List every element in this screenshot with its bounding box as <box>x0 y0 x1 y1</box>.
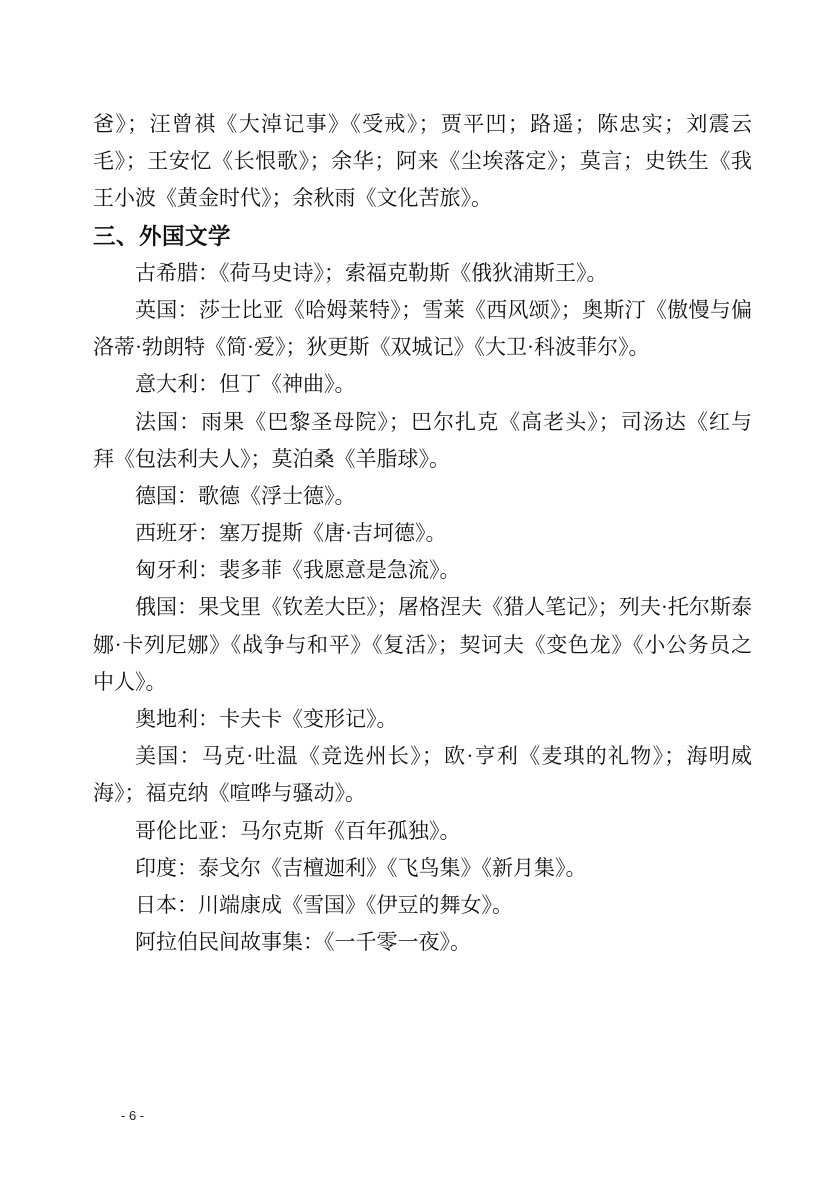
text-line: 拜《包法利夫人》；莫泊桑《羊脂球》。 <box>93 441 752 478</box>
text-line: 意大利：但丁《神曲》。 <box>93 366 752 403</box>
document-body: 爸》；汪曾祺《大淖记事》《受戒》；贾平凹；路遥；陈忠实；刘震云《一地鸡毛》；王安… <box>93 106 752 961</box>
page-number: - 6 - <box>121 1108 144 1123</box>
text-line: 娜·卡列尼娜》《战争与和平》《复活》；契诃夫《变色龙》《小公务员之死》《套 <box>93 627 752 664</box>
text-line: 王小波《黄金时代》；余秋雨《文化苦旅》。 <box>93 180 752 217</box>
text-line: 奥地利：卡夫卡《变形记》。 <box>93 701 752 738</box>
text-line: 匈牙利：裴多菲《我愿意是急流》。 <box>93 552 752 589</box>
text-line: 古希腊：《荷马史诗》；索福克勒斯《俄狄浦斯王》。 <box>93 255 752 292</box>
text-line: 法国：雨果《巴黎圣母院》；巴尔扎克《高老头》；司汤达《红与黑》；福楼 <box>93 404 752 441</box>
text-line: 哥伦比亚：马尔克斯《百年孤独》。 <box>93 813 752 850</box>
section-heading: 三、外国文学 <box>93 218 752 255</box>
text-line: 海》；福克纳《喧哗与骚动》。 <box>93 775 752 812</box>
text-line: 阿拉伯民间故事集：《一千零一夜》。 <box>93 924 752 961</box>
text-line: 俄国：果戈里《钦差大臣》；屠格涅夫《猎人笔记》；列夫·托尔斯泰《安 <box>93 589 752 626</box>
text-line: 毛》；王安忆《长恨歌》；余华；阿来《尘埃落定》；莫言；史铁生《我与地坛》； <box>93 143 752 180</box>
text-line: 西班牙：塞万提斯《唐·吉坷德》。 <box>93 515 752 552</box>
text-line: 日本：川端康成《雪国》《伊豆的舞女》。 <box>93 887 752 924</box>
document-page: 爸》；汪曾祺《大淖记事》《受戒》；贾平凹；路遥；陈忠实；刘震云《一地鸡毛》；王安… <box>0 0 838 1186</box>
text-line: 英国：莎士比亚《哈姆莱特》；雪莱《西风颂》；奥斯汀《傲慢与偏见》；夏 <box>93 292 752 329</box>
text-line: 德国：歌德《浮士德》。 <box>93 478 752 515</box>
text-line: 美国：马克·吐温《竞选州长》；欧·亨利《麦琪的礼物》；海明威《老人与 <box>93 738 752 775</box>
text-line: 洛蒂·勃朗特《简·爱》；狄更斯《双城记》《大卫·科波菲尔》。 <box>93 329 752 366</box>
text-line: 印度：泰戈尔《吉檀迦利》《飞鸟集》《新月集》。 <box>93 850 752 887</box>
text-line: 爸》；汪曾祺《大淖记事》《受戒》；贾平凹；路遥；陈忠实；刘震云《一地鸡 <box>93 106 752 143</box>
text-line: 中人》。 <box>93 664 752 701</box>
